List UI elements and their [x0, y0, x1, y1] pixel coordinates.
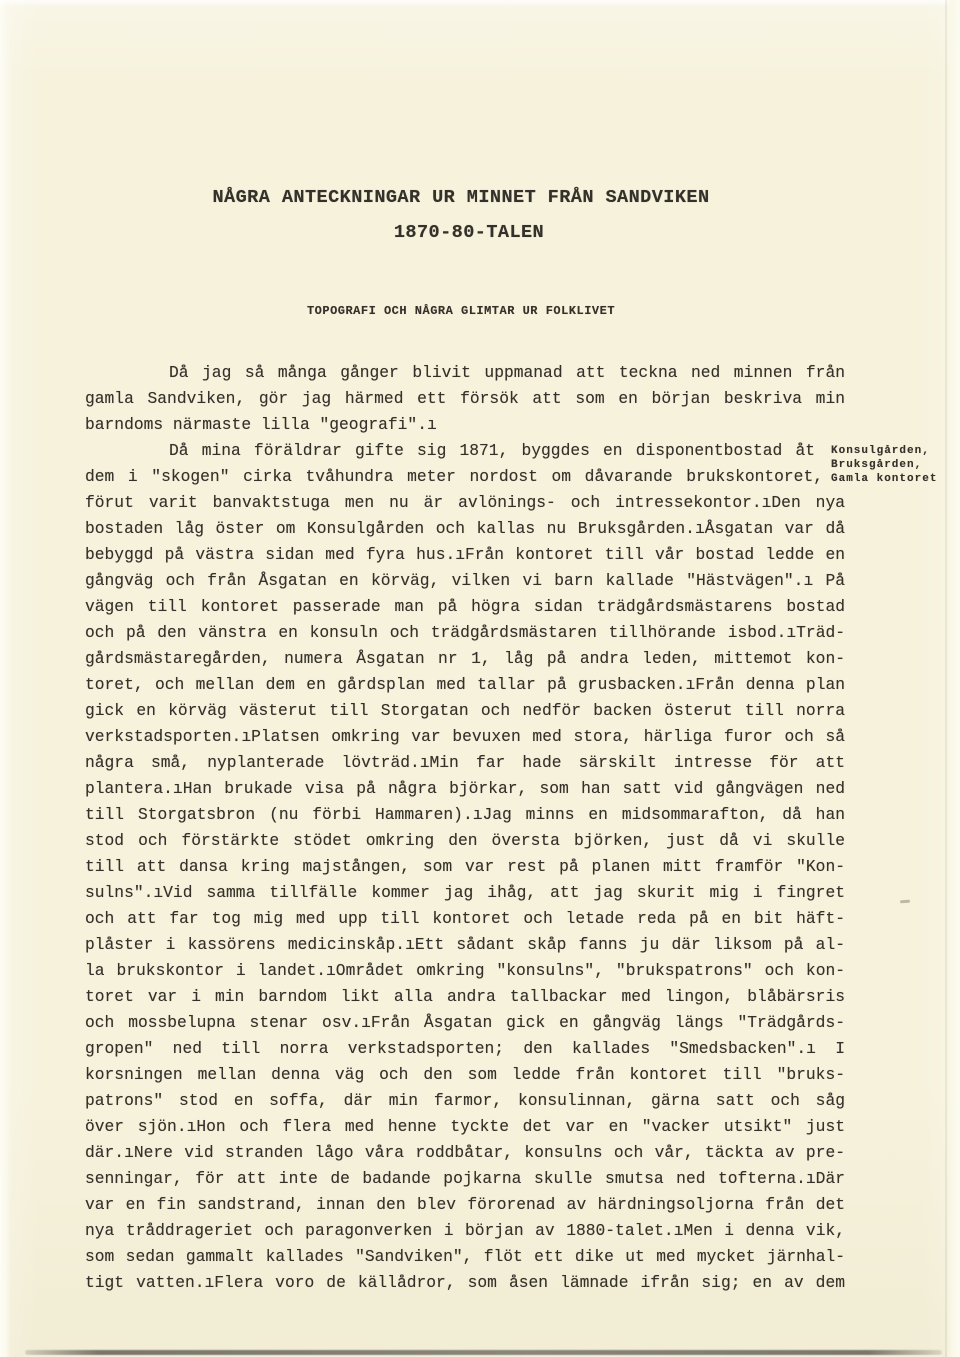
body-line: och på den vänstra en konsuln och trädgå…	[85, 620, 845, 646]
body-line: bostaden låg öster om Konsulgården och k…	[85, 516, 845, 542]
body-line: stod och förstärkte stödet omkring den ö…	[85, 828, 845, 854]
body-line: till att dansa kring majstången, som var…	[85, 854, 845, 880]
document-title: NÅGRA ANTECKNINGAR UR MINNET FRÅN SANDVI…	[0, 187, 922, 209]
body-line: gamla Sandviken, gör jag härmed ett förs…	[85, 386, 845, 412]
body-line: där.ıNere vid stranden lågo våra roddbåt…	[85, 1140, 845, 1166]
page-left-edge	[0, 0, 11, 1357]
body-line: tigt vatten.ıFlera voro de källådror, so…	[85, 1270, 845, 1296]
scan-artifact-dash	[900, 900, 910, 904]
body-line: dem i "skogen" cirka tvåhundra meter nor…	[85, 464, 823, 490]
body-line: la brukskontor i landet.ıOmrådet omkring…	[85, 958, 845, 984]
body-line: till Storgatsbron (nu förbi Hammaren).ıJ…	[85, 802, 845, 828]
body-line: patrons" stod en soffa, där min farmor, …	[85, 1088, 845, 1114]
page-bottom-scan-edge	[25, 1350, 942, 1355]
body-line: sulns".ıVid samma tillfälle kommer jag i…	[85, 880, 845, 906]
document-subtitle: TOPOGRAFI OCH NÅGRA GLIMTAR UR FOLKLIVET	[0, 304, 922, 319]
body-line: barndoms närmaste lilla "geografi".ı	[85, 412, 845, 438]
margin-note-line: Bruksgården,	[831, 458, 956, 472]
body-line: Då mina föräldrar gifte sig 1871, byggde…	[85, 438, 815, 464]
body-line: några små, nyplanterade lövträd.ıMin far…	[85, 750, 845, 776]
body-line: plåster i kassörens medicinskåp.ıEtt såd…	[85, 932, 845, 958]
body-line: korsningen mellan denna väg och den som …	[85, 1062, 845, 1088]
body-line: och mossbelupna stenar osv.ıFrån Åsgatan…	[85, 1010, 845, 1036]
body-line: över sjön.ıHon och flera med henne tyckt…	[85, 1114, 845, 1140]
document-title-years: 1870-80-TALEN	[8, 222, 930, 244]
page-top-edge	[0, 0, 960, 7]
body-line: var en fin sandstrand, innan den blev fö…	[85, 1192, 845, 1218]
document-body-text: Då jag så många gånger blivit uppmanad a…	[85, 360, 845, 1296]
body-line: senningar, för att inte de badande pojka…	[85, 1166, 845, 1192]
page-right-edge	[946, 0, 960, 1357]
body-line: vägen till kontoret passerade man på hög…	[85, 594, 845, 620]
page-crease	[945, 0, 947, 1357]
body-line: gick en körväg västerut till Storgatan o…	[85, 698, 845, 724]
body-line: och att far tog mig med upp till kontore…	[85, 906, 845, 932]
body-line: plantera.ıHan brukade visa på några björ…	[85, 776, 845, 802]
body-line: gårdsmästaregården, numera Åsgatan nr 1,…	[85, 646, 845, 672]
margin-note-line: Konsulgården,	[831, 444, 956, 458]
body-line: toret, och mellan dem en gårdsplan med t…	[85, 672, 845, 698]
body-line: gropen" ned till norra verkstadsporten; …	[85, 1036, 845, 1062]
body-line: gångväg och från Åsgatan en körväg, vilk…	[85, 568, 845, 594]
body-line: bebyggd på västra sidan med fyra hus.ıFr…	[85, 542, 845, 568]
body-line: Då jag så många gånger blivit uppmanad a…	[85, 360, 845, 386]
scanned-document-page: NÅGRA ANTECKNINGAR UR MINNET FRÅN SANDVI…	[0, 0, 960, 1357]
body-line: förut varit banvaktstuga men nu är avlön…	[85, 490, 845, 516]
body-line: toret var i min barndom likt alla andra …	[85, 984, 845, 1010]
margin-note-line: Gamla kontoret	[831, 472, 956, 486]
body-line: som sedan gammalt kallades "Sandviken", …	[85, 1244, 845, 1270]
margin-annotation: Konsulgården,Bruksgården,Gamla kontoret	[831, 444, 956, 486]
body-line: verkstadsporten.ıPlatsen omkring var bev…	[85, 724, 845, 750]
body-line: nya tråddrageriet och paragonverken i bö…	[85, 1218, 845, 1244]
